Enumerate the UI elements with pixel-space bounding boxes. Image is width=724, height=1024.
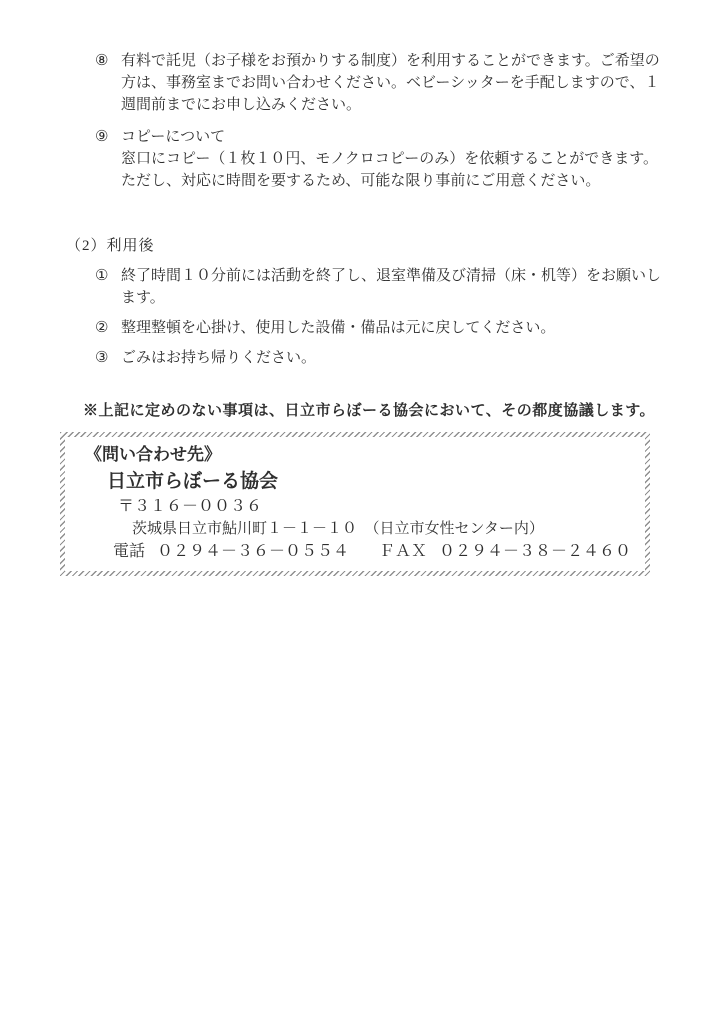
item-marker-2: ② <box>95 317 121 339</box>
item-line: 終了時間１０分前には活動を終了し、退室準備及び清掃（床・机等）をお願いし <box>121 265 684 287</box>
item-line: ごみはお持ち帰りください。 <box>121 347 684 369</box>
fax-number: ０２９４－３８－２４６０ <box>439 543 631 560</box>
item-text: コピーについて 窓口にコピー（１枚１０円、モノクロコピーのみ）を依頼することがで… <box>121 126 684 192</box>
item-text: ごみはお持ち帰りください。 <box>121 347 684 369</box>
item-marker-1: ① <box>95 265 121 309</box>
contact-box-inner: 《問い合わせ先》 日立市らぼーる協会 〒３１６－００３６ 茨城県日立市鮎川町１－… <box>65 437 645 571</box>
item-marker-8: ⑧ <box>95 50 121 116</box>
item-line: 窓口にコピー（１枚１０円、モノクロコピーのみ）を依頼することができます。 <box>121 148 684 170</box>
item-line: 週間前までにお申し込みください。 <box>121 94 684 116</box>
item-text: 有料で託児（お子様をお預かりする制度）を利用することができます。ご希望の 方は、… <box>121 50 684 116</box>
org-name: 日立市らぼーる協会 <box>107 470 635 493</box>
contact-box: 《問い合わせ先》 日立市らぼーる協会 〒３１６－００３６ 茨城県日立市鮎川町１－… <box>60 432 650 576</box>
list-item-2: ② 整理整頓を心掛け、使用した設備・備品は元に戻してください。 <box>95 317 684 339</box>
note-text: ※上記に定めのない事項は、日立市らぼーる協会において、その都度協議します。 <box>83 400 724 422</box>
document-page: ⑧ 有料で託児（お子様をお預かりする制度）を利用することができます。ご希望の 方… <box>0 0 724 1024</box>
item-line: コピーについて <box>121 126 684 148</box>
phone-line: 電話０２９４－３６－０５５４ＦＡＸ０２９４－３８－２４６０ <box>113 542 635 562</box>
item-text: 整理整頓を心掛け、使用した設備・備品は元に戻してください。 <box>121 317 684 339</box>
item-line: ます。 <box>121 287 684 309</box>
tel-label: 電話 <box>113 543 145 560</box>
address-line: 茨城県日立市鮎川町１－１－１０ （日立市女性センター内） <box>132 519 635 538</box>
list-item-1: ① 終了時間１０分前には活動を終了し、退室準備及び清掃（床・机等）をお願いし ま… <box>95 265 684 309</box>
item-line: ただし、対応に時間を要するため、可能な限り事前にご用意ください。 <box>121 170 684 192</box>
postal-code: 〒３１６－００３６ <box>118 497 635 516</box>
item-line: 整理整頓を心掛け、使用した設備・備品は元に戻してください。 <box>121 317 684 339</box>
list-item-3: ③ ごみはお持ち帰りください。 <box>95 347 684 369</box>
fax-label: ＦＡＸ <box>379 543 427 560</box>
item-marker-9: ⑨ <box>95 126 121 192</box>
section2-items: ① 終了時間１０分前には活動を終了し、退室準備及び清掃（床・机等）をお願いし ま… <box>0 265 724 369</box>
item-line: 方は、事務室までお問い合わせください。ベビーシッターを手配しますので、１ <box>121 72 684 94</box>
section-heading: （2）利用後 <box>66 235 724 257</box>
list-item-9: ⑨ コピーについて 窓口にコピー（１枚１０円、モノクロコピーのみ）を依頼すること… <box>95 126 684 192</box>
list-item-8: ⑧ 有料で託児（お子様をお預かりする制度）を利用することができます。ご希望の 方… <box>95 50 684 116</box>
contact-heading: 《問い合わせ先》 <box>85 444 635 465</box>
item-line: 有料で託児（お子様をお預かりする制度）を利用することができます。ご希望の <box>121 50 684 72</box>
item-text: 終了時間１０分前には活動を終了し、退室準備及び清掃（床・机等）をお願いし ます。 <box>121 265 684 309</box>
item-marker-3: ③ <box>95 347 121 369</box>
tel-number: ０２９４－３６－０５５４ <box>157 543 349 560</box>
document-content: ⑧ 有料で託児（お子様をお預かりする制度）を利用することができます。ご希望の 方… <box>0 0 724 576</box>
